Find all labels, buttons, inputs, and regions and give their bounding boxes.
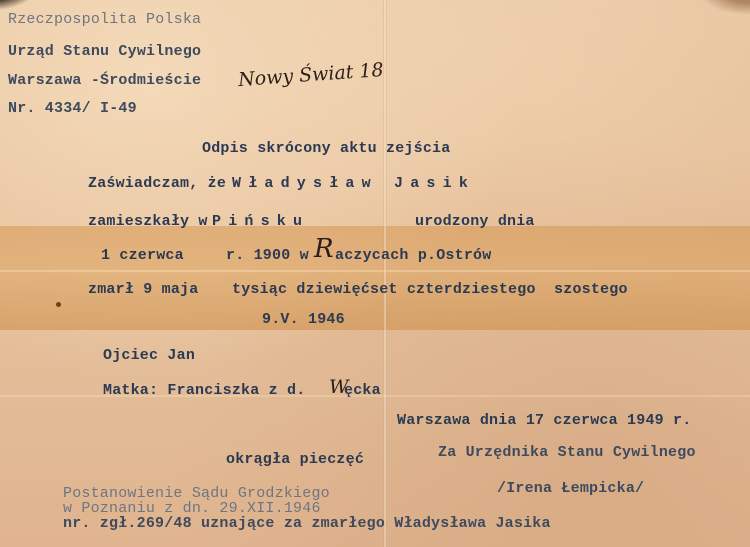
- father-name: Ojciec Jan: [103, 348, 195, 364]
- ink-stain: [56, 302, 61, 307]
- born-label: urodzony dnia: [415, 214, 535, 230]
- handwritten-correction-R: R: [314, 234, 334, 264]
- signatory-role: Za Urzędnika Stanu Cywilnego: [438, 445, 696, 461]
- seal-note: okrągła pieczęć: [226, 452, 364, 468]
- court-decision-line3: nr. zgł.269/48 uznające za zmarłego Wład…: [63, 517, 551, 531]
- deceased-name: Władysław Jasik: [232, 176, 475, 192]
- header-office: Urząd Stanu Cywilnego: [8, 44, 201, 60]
- birth-year: r. 1900 w: [226, 248, 309, 264]
- document-title: Odpis skrócony aktu zejścia: [202, 141, 450, 157]
- header-record-number: Nr. 4334/ I-49: [8, 101, 137, 117]
- court-decision-line2: w Poznaniu z dn. 29.XII.1946: [63, 502, 321, 516]
- residence-place: Pińsku: [212, 214, 309, 230]
- adhesive-tape-strip: [0, 226, 750, 330]
- tape-crease: [0, 270, 750, 272]
- place-and-date: Warszawa dnia 17 czerwca 1949 r.: [397, 413, 691, 429]
- handwritten-address: Nowy Świat 18: [237, 59, 384, 91]
- vertical-fold-line: [383, 0, 387, 547]
- court-decision-line1: Postanowienie Sądu Grodzkiego: [63, 487, 330, 501]
- certify-prefix: Zaświadczam, że: [88, 176, 226, 192]
- death-day: zmarł 9 maja: [88, 282, 198, 298]
- death-year-words: tysiąc dziewięćset czterdziestego szoste…: [232, 282, 628, 298]
- mother-prefix: Matka: Franciszka z d.: [103, 383, 305, 399]
- paper-edge-shadow: [700, 0, 750, 15]
- residence-prefix: zamieszkały w: [88, 214, 208, 230]
- header-district: Warszawa -Środmieście: [8, 73, 201, 89]
- mother-maiden-name: ęcka: [344, 383, 381, 399]
- signatory-name: /Irena Łempicka/: [497, 481, 644, 497]
- birth-day: 1 czerwca: [101, 248, 184, 264]
- torn-corner-shadow: [0, 0, 40, 10]
- birth-place: aczycach p.Ostrów: [335, 248, 491, 264]
- death-date: 9.V. 1946: [262, 312, 345, 328]
- header-country: Rzeczpospolita Polska: [8, 12, 201, 28]
- death-certificate-document: Rzeczpospolita Polska Urząd Stanu Cywiln…: [0, 0, 750, 547]
